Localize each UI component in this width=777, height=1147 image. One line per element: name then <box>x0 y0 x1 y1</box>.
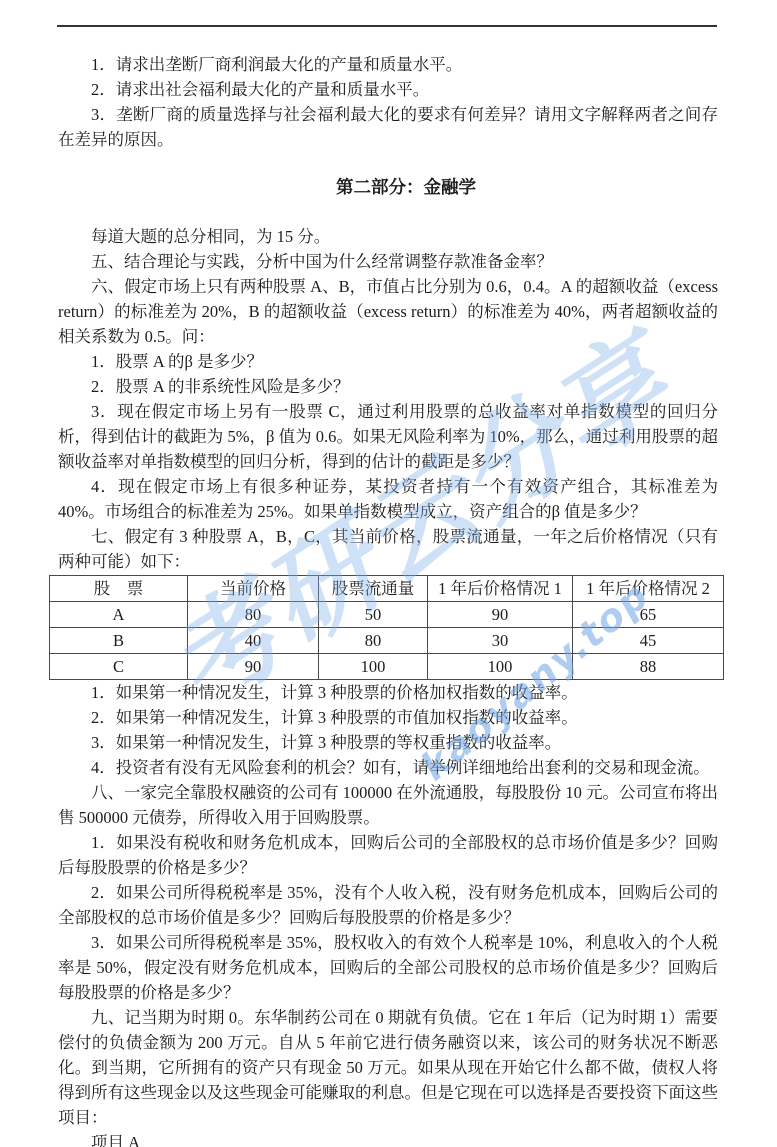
cell: 80 <box>188 602 319 628</box>
econ-sub-question-3: 3．垄断厂商的质量选择与社会福利最大化的要求有何差异？请用文字解释两者之间存在差… <box>58 102 718 152</box>
question-5: 五、结合理论与实践，分析中国为什么经常调整存款准备金率？ <box>58 249 718 274</box>
cell: C <box>50 654 188 680</box>
section-heading-part2: 第二部分：金融学 <box>94 174 718 200</box>
header-rule <box>57 25 717 27</box>
question-7-sub-3: 3．如果第一种情况发生，计算 3 种股票的等权重指数的收益率。 <box>58 730 718 755</box>
question-8-sub-1: 1．如果没有税收和财务危机成本，回购后公司的全部股权的总市场价值是多少？回购后每… <box>58 830 718 880</box>
econ-sub-question-2: 2．请求出社会福利最大化的产量和质量水平。 <box>58 77 718 102</box>
cell: 65 <box>573 602 724 628</box>
col-header-stock: 股 票 <box>50 576 188 602</box>
stock-table: 股 票 当前价格 股票流通量 1 年后价格情况 1 1 年后价格情况 2 A 8… <box>49 575 724 680</box>
cell: 90 <box>188 654 319 680</box>
table-row-stock-c: C 90 100 100 88 <box>50 654 724 680</box>
cell: A <box>50 602 188 628</box>
col-header-shares-outstanding: 股票流通量 <box>319 576 428 602</box>
question-7-sub-1: 1．如果第一种情况发生，计算 3 种股票的价格加权指数的收益率。 <box>58 680 718 705</box>
col-header-price-case-2: 1 年后价格情况 2 <box>573 576 724 602</box>
question-7-sub-4: 4．投资者有没有无风险套利的机会？如有，请举例详细地给出套利的交易和现金流。 <box>58 755 718 780</box>
question-8-sub-2: 2．如果公司所得税税率是 35%，没有个人收入税，没有财务危机成本，回购后公司的… <box>58 880 718 930</box>
cell: 40 <box>188 628 319 654</box>
question-6-intro: 六、假定市场上只有两种股票 A、B，市值占比分别为 0.6，0.4。A 的超额收… <box>58 274 718 349</box>
question-6-sub-2: 2．股票 A 的非系统性风险是多少？ <box>58 374 718 399</box>
cell: 88 <box>573 654 724 680</box>
cell: 30 <box>428 628 573 654</box>
scoring-note: 每道大题的总分相同，为 15 分。 <box>58 224 718 249</box>
question-7-sub-2: 2．如果第一种情况发生，计算 3 种股票的市值加权指数的收益率。 <box>58 705 718 730</box>
cell: 100 <box>319 654 428 680</box>
cell: 80 <box>319 628 428 654</box>
stock-table-header-row: 股 票 当前价格 股票流通量 1 年后价格情况 1 1 年后价格情况 2 <box>50 576 724 602</box>
question-9-intro: 九、记当期为时期 0。东华制药公司在 0 期就有负债。它在 1 年后（记为时期 … <box>58 1005 718 1130</box>
cell: 50 <box>319 602 428 628</box>
project-a-label: 项目 A <box>58 1130 718 1147</box>
question-7-intro: 七、假定有 3 种股票 A，B，C，其当前价格，股票流通量，一年之后价格情况（只… <box>58 524 718 574</box>
question-8-sub-3: 3．如果公司所得税税率是 35%，股权收入的有效个人税率是 10%，利息收入的个… <box>58 930 718 1005</box>
question-8-intro: 八、一家完全靠股权融资的公司有 100000 在外流通股，每股股份 10 元。公… <box>58 780 718 830</box>
cell: B <box>50 628 188 654</box>
col-header-current-price: 当前价格 <box>188 576 319 602</box>
question-6-sub-1: 1．股票 A 的β 是多少？ <box>58 349 718 374</box>
econ-sub-question-1: 1．请求出垄断厂商利润最大化的产量和质量水平。 <box>58 52 718 77</box>
cell: 45 <box>573 628 724 654</box>
col-header-price-case-1: 1 年后价格情况 1 <box>428 576 573 602</box>
document-body: 1．请求出垄断厂商利润最大化的产量和质量水平。 2．请求出社会福利最大化的产量和… <box>58 52 718 1147</box>
scanned-exam-page: 1．请求出垄断厂商利润最大化的产量和质量水平。 2．请求出社会福利最大化的产量和… <box>0 0 777 1147</box>
table-row-stock-a: A 80 50 90 65 <box>50 602 724 628</box>
question-6-sub-4: 4．现在假定市场上有很多种证券，某投资者持有一个有效资产组合，其标准差为 40%… <box>58 474 718 524</box>
question-6-sub-3: 3．现在假定市场上另有一股票 C，通过利用股票的总收益率对单指数模型的回归分析，… <box>58 399 718 474</box>
cell: 90 <box>428 602 573 628</box>
cell: 100 <box>428 654 573 680</box>
table-row-stock-b: B 40 80 30 45 <box>50 628 724 654</box>
